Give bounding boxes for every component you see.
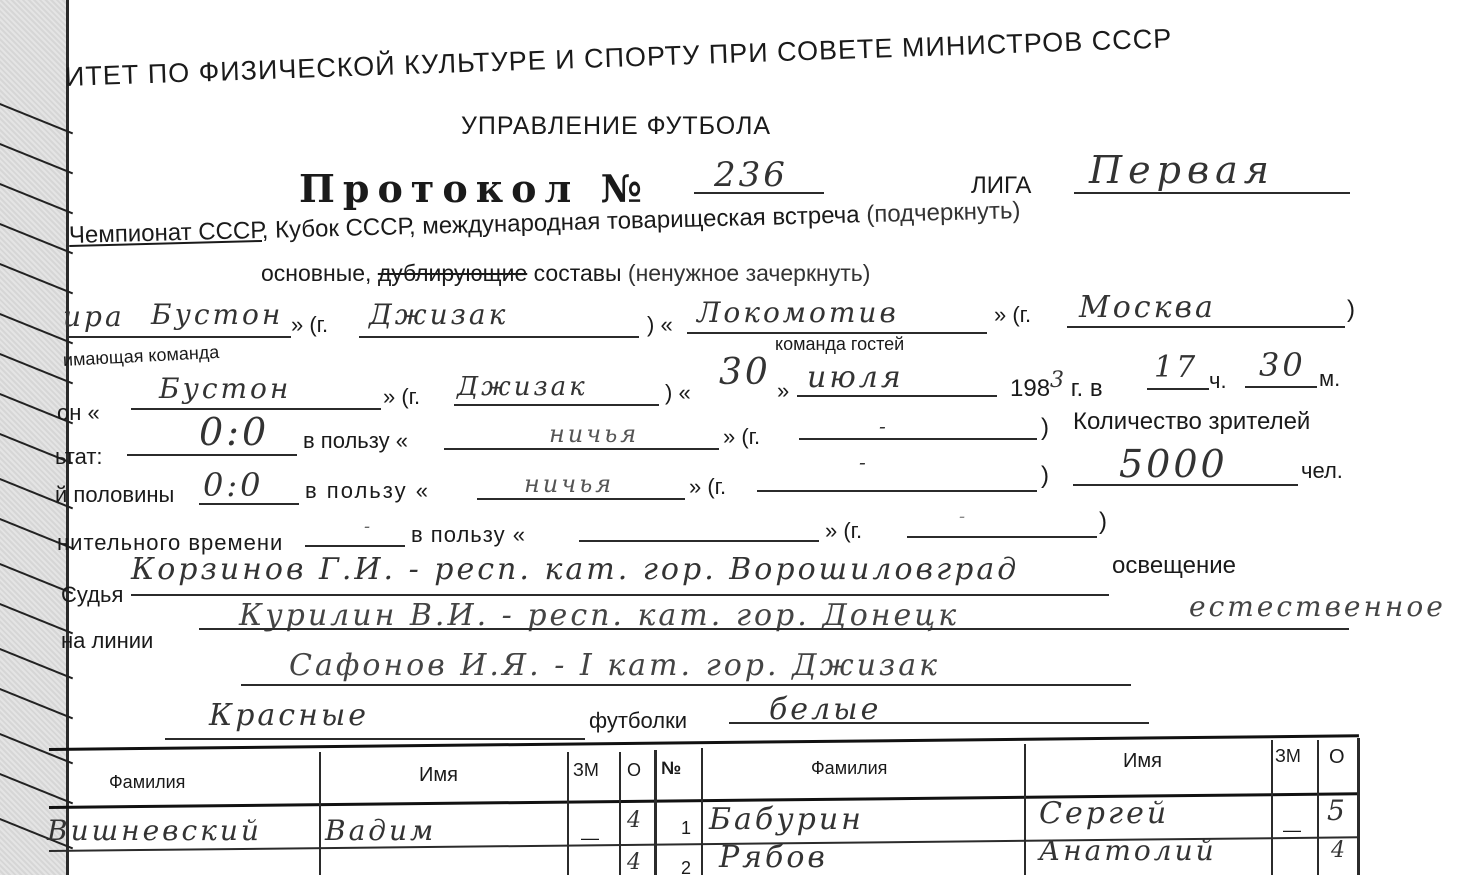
extra-city-line xyxy=(907,536,1097,538)
header-num: № xyxy=(661,758,681,779)
extra-score: - xyxy=(364,516,373,537)
home-team-line xyxy=(69,336,291,338)
minute-label: м. xyxy=(1319,366,1340,392)
shirts-home-line xyxy=(165,738,585,740)
venue-city-line xyxy=(454,404,659,406)
match-minute: 30 xyxy=(1259,346,1306,384)
header-left-name: Имя xyxy=(419,764,458,787)
competition-selected: Чемпионат СССР xyxy=(69,217,262,249)
hour-label: ч. xyxy=(1209,368,1227,394)
in-favor-value: ничья xyxy=(549,420,639,448)
guest-open: ) « xyxy=(647,312,673,338)
date-close: » xyxy=(777,378,789,404)
guest-close: ) xyxy=(1347,296,1355,324)
shirts-label: футболки xyxy=(589,708,687,734)
home-team: Бустон xyxy=(151,298,283,331)
venue-city-label: » (г. xyxy=(383,384,420,410)
header-left-surname: Фамилия xyxy=(109,772,185,793)
department-title: УПРАВЛЕНИЕ ФУТБОЛА xyxy=(461,112,771,141)
in-favor-line xyxy=(444,448,719,450)
linesman-2-line xyxy=(241,684,1131,686)
protocol-label: Протокол № xyxy=(299,166,650,211)
squad-line: основные, дублирующие составы (ненужное … xyxy=(261,260,870,287)
right-o: 4 xyxy=(1331,838,1345,863)
col-divider xyxy=(567,752,569,875)
spectators-label: Количество зрителей xyxy=(1073,408,1310,436)
result-city-label: » (г. xyxy=(723,424,760,450)
stadium-value: Бустон xyxy=(159,372,291,405)
referee-line xyxy=(131,594,1109,596)
row-num: 1 xyxy=(681,818,691,839)
spectators-unit: чел. xyxy=(1301,458,1343,484)
extra-close: ) xyxy=(1099,508,1107,536)
extra-in-favor-line xyxy=(579,540,819,542)
col-divider xyxy=(1317,740,1319,875)
col-divider xyxy=(619,752,621,875)
extra-score-line xyxy=(305,545,405,547)
guest-caption: команда гостей xyxy=(775,334,904,355)
header-right-name: Имя xyxy=(1123,750,1162,773)
row-num: 2 xyxy=(681,858,691,875)
lighting-value: естественное xyxy=(1189,590,1446,623)
left-o: 4 xyxy=(627,850,641,875)
col-divider xyxy=(1024,744,1026,875)
shirts-home: Красные xyxy=(209,698,369,733)
half-label: й половины xyxy=(55,482,174,508)
home-city-line xyxy=(359,336,639,338)
half-in-favor-label: в пользу « xyxy=(305,478,430,504)
binding-strip xyxy=(0,0,69,875)
guest-city-label: » (г. xyxy=(994,302,1031,328)
half-in-favor-line xyxy=(477,498,685,500)
result-close: ) xyxy=(1041,414,1049,442)
header-right-surname: Фамилия xyxy=(811,758,887,779)
right-name: Сергей xyxy=(1039,796,1169,831)
competition-note: (подчеркнуть) xyxy=(866,197,1021,228)
col-divider xyxy=(701,748,703,875)
score-line xyxy=(127,454,297,456)
extra-in-favor-label: в пользу « xyxy=(411,522,526,548)
guest-city-line xyxy=(1067,326,1345,328)
match-month: июля xyxy=(807,360,904,395)
home-prefix: ира xyxy=(63,300,125,333)
home-city: Джизак xyxy=(369,298,508,331)
league-label: ЛИГА xyxy=(971,172,1031,200)
col-divider xyxy=(654,750,657,875)
squad-note: (ненужное зачеркнуть) xyxy=(628,260,871,286)
linesman-2: Сафонов И.Я. - I кат. гор. Джизак xyxy=(289,648,940,683)
referee-label: Судья xyxy=(61,582,123,608)
venue-city: Джизак xyxy=(457,372,588,402)
col-divider xyxy=(1357,738,1360,875)
left-name: Вадим xyxy=(325,814,436,847)
league-value: Первая xyxy=(1089,148,1275,192)
protocol-number: 236 xyxy=(714,155,788,195)
match-year: 1983 г. в xyxy=(1010,368,1103,403)
half-city: - xyxy=(859,450,869,474)
half-close: ) xyxy=(1041,462,1049,490)
extra-city-label: » (г. xyxy=(825,518,862,544)
right-surname: Бабурин xyxy=(709,802,864,837)
header-left-o: О xyxy=(627,760,641,781)
date-open: ) « xyxy=(665,380,691,406)
home-city-label: » (г. xyxy=(291,312,328,338)
right-surname: Рябов xyxy=(719,840,828,875)
match-hour: 17 xyxy=(1154,350,1198,385)
home-caption: имающая команда xyxy=(62,342,219,371)
protocol-number-line xyxy=(694,192,824,194)
left-surname: Вишневский xyxy=(47,814,262,847)
squad-main: основные, xyxy=(261,260,371,286)
guest-city: Москва xyxy=(1079,290,1216,325)
header-right-o: О xyxy=(1329,746,1345,769)
in-favor-label: в пользу « xyxy=(303,428,408,454)
guest-team: Локомотив xyxy=(697,296,899,329)
table-top-border xyxy=(49,734,1359,751)
shirts-guest-line xyxy=(729,722,1149,724)
squad-reserve-struck: дублирующие xyxy=(378,260,527,286)
linesman-1-line xyxy=(199,628,1349,630)
left-o: 4 xyxy=(627,808,641,833)
right-o: 5 xyxy=(1327,794,1345,827)
stadium-label: он « xyxy=(57,400,100,426)
half-in-favor-value: ничья xyxy=(524,470,614,498)
result-city: - xyxy=(879,414,889,438)
header-right-zm: ЗМ xyxy=(1275,746,1301,767)
committee-title: ИТЕТ ПО ФИЗИЧЕСКОЙ КУЛЬТУРЕ И СПОРТУ ПРИ… xyxy=(64,23,1172,93)
col-divider xyxy=(319,752,321,875)
linesmen-label: на линии xyxy=(61,628,153,654)
half-score-line xyxy=(199,503,299,505)
spectators-value: 5000 xyxy=(1119,442,1228,486)
lighting-label: освещение xyxy=(1112,552,1236,580)
referee-value: Корзинов Г.И. - респ. кат. гор. Ворошило… xyxy=(131,552,1019,587)
hour-line xyxy=(1147,388,1209,390)
spectators-line xyxy=(1073,484,1298,486)
half-city-label: » (г. xyxy=(689,474,726,500)
league-line xyxy=(1074,192,1350,194)
month-line xyxy=(797,395,997,397)
half-score: 0:0 xyxy=(203,466,264,504)
result-city-line xyxy=(799,438,1037,440)
half-city-line xyxy=(757,490,1037,492)
protocol-page: ИТЕТ ПО ФИЗИЧЕСКОЙ КУЛЬТУРЕ И СПОРТУ ПРИ… xyxy=(69,0,1460,875)
col-divider xyxy=(1271,740,1273,875)
header-left-zm: ЗМ xyxy=(573,760,599,781)
squad-word: составы xyxy=(534,260,622,286)
right-name: Анатолий xyxy=(1039,834,1217,867)
match-day: 30 xyxy=(719,352,771,393)
minute-line xyxy=(1245,386,1317,388)
final-score: 0:0 xyxy=(199,410,269,454)
extra-city: - xyxy=(959,506,968,527)
result-label: ьтат: xyxy=(55,444,103,470)
